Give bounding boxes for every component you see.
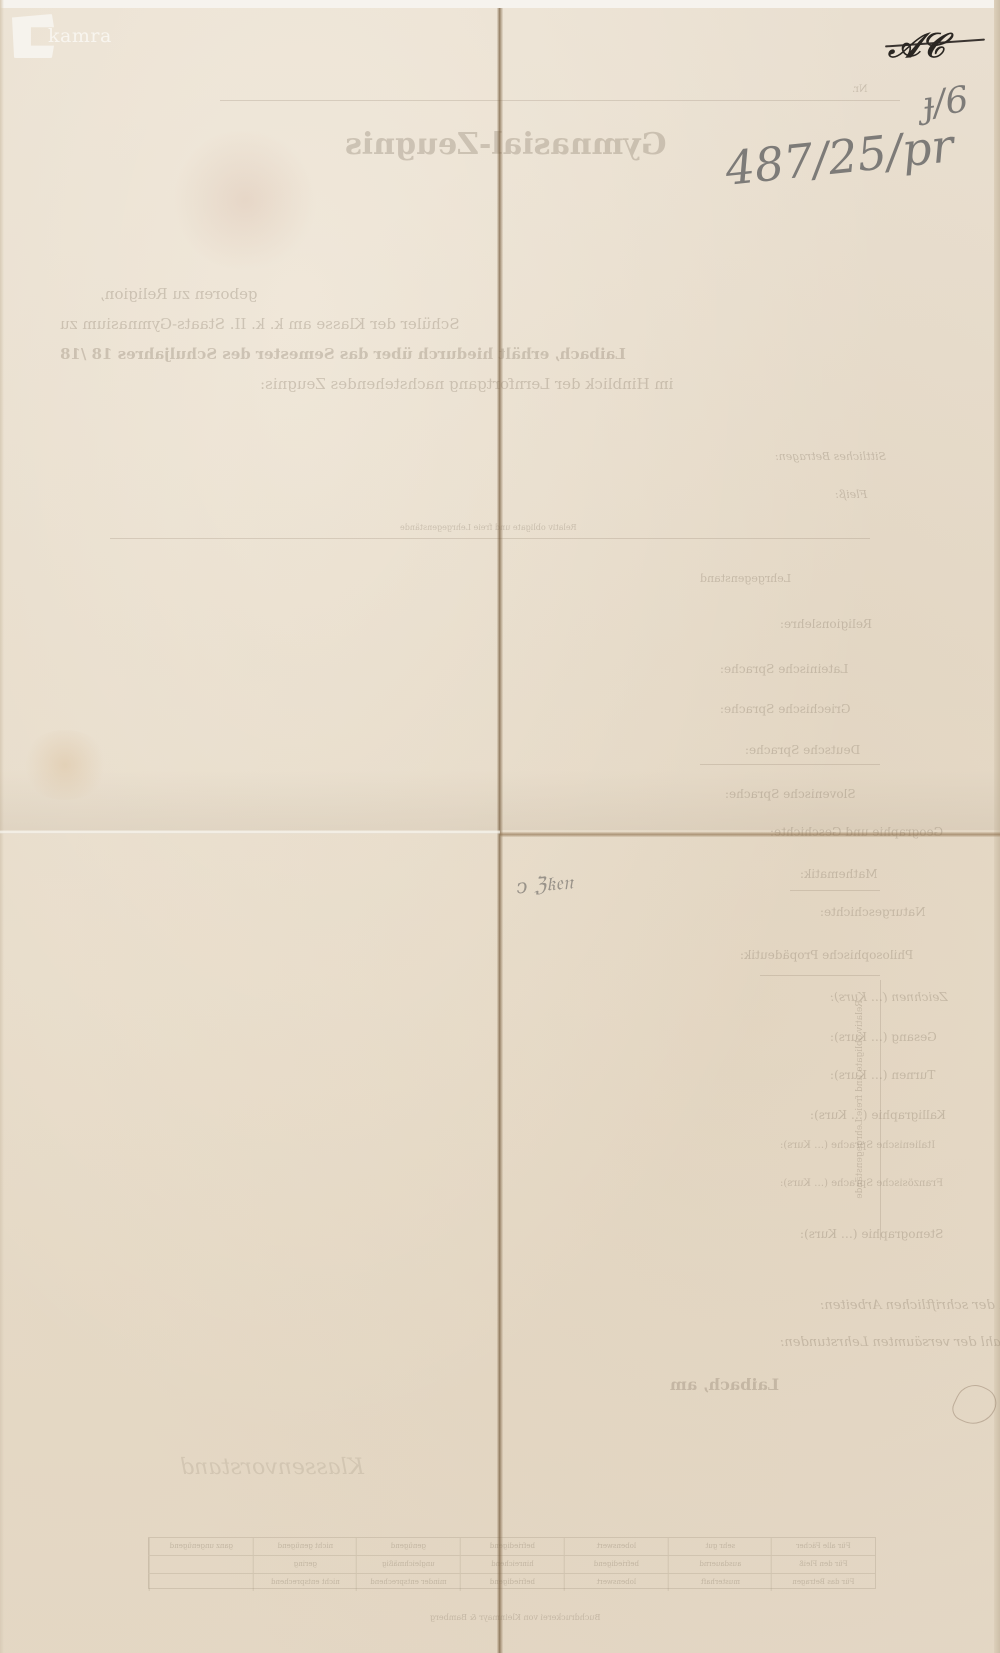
bleed-table-cell: Für das Betragen	[771, 1574, 875, 1591]
bleed-optional-subject: Kalligraphie (… Kurs):	[810, 1108, 946, 1122]
bleed-subject: Mathematik:	[800, 867, 878, 881]
pencil-archive-number: 487/25/pr	[723, 118, 956, 196]
bleed-subject: Philosophische Propädeutik:	[740, 948, 913, 962]
bleed-signature: Klassenvorstand	[180, 1455, 364, 1480]
bleed-table-cell: befriedigend	[460, 1538, 564, 1555]
horizontal-fold-right	[500, 832, 1000, 837]
bleed-table-cell: ganz ungenügend	[149, 1538, 253, 1555]
bleed-table-cell	[149, 1574, 253, 1591]
kamra-watermark: kamra	[12, 14, 112, 58]
water-stain	[20, 730, 110, 800]
bleed-rule	[110, 538, 870, 539]
bleed-table-cell: minder entsprechend	[356, 1574, 460, 1591]
watermark-text: kamra	[48, 25, 112, 47]
bleed-optional-subject: Gesang (… Kurs):	[830, 1030, 937, 1044]
bleed-subject: Deutsche Sprache:	[745, 743, 860, 757]
bleed-optional-subject: Turnen (… Kurs):	[830, 1068, 935, 1082]
bleed-printer-line: Buchdruckerei von Kleinmayr & Bamberg	[430, 1613, 600, 1622]
bleed-table-row: ganz ungenügend nicht genügend genügend …	[149, 1538, 875, 1556]
bleed-rule	[700, 764, 880, 765]
bleed-subject: Religionslehre:	[780, 617, 872, 631]
bleed-table-cell: gering	[253, 1556, 357, 1573]
bleed-table-cell: musterhaft	[668, 1574, 772, 1591]
bleed-rule	[760, 975, 880, 976]
bleed-footer-line: Zahl der versäumten Lehrstunden:	[780, 1335, 1000, 1350]
paper-top-edge	[0, 0, 1000, 8]
bleed-optional-subject: Stenographie (… Kurs):	[800, 1227, 943, 1241]
bleed-header-line: Schüler der Klasse am k. k. II. Staats-G…	[60, 315, 460, 333]
bleed-table-cell: befriedigend	[564, 1556, 668, 1573]
bleed-bracket-line	[880, 980, 881, 1240]
bleed-subject: Lateinische Sprache:	[720, 662, 848, 676]
bleed-subject: Lehrgegenstand	[700, 572, 791, 585]
document-scan: kamra Gymnasial-Zeugnis Nr. geboren zu R…	[0, 0, 1000, 1653]
bleed-table-row: nicht entsprechend minder entsprechend b…	[149, 1574, 875, 1591]
bleed-top-right-label: Nr.	[852, 84, 868, 95]
bleed-title: Gymnasial-Zeugnis	[345, 127, 667, 162]
bleed-table-cell: hinreichend	[460, 1556, 564, 1573]
pencil-scribble: ↄ ℨ𝔨𝔢𝔫	[515, 870, 574, 899]
bleed-table-cell: Für den Fleiß	[771, 1556, 875, 1573]
horizontal-fold-left	[0, 830, 500, 834]
bleed-table-cell: ausdauernd	[668, 1556, 772, 1573]
bleed-table-row: gering ungleichmäßig hinreichend befried…	[149, 1556, 875, 1574]
bleed-header-line: geboren zu Religion,	[100, 285, 258, 303]
bleed-note-line: Relativ obligate und freie Lehrgegenstän…	[400, 523, 577, 532]
bleed-table-cell: sehr gut	[668, 1538, 772, 1555]
bleed-rule	[790, 890, 880, 891]
bleed-subject: Griechische Sprache:	[720, 702, 850, 716]
red-stamp-stain	[170, 130, 320, 270]
bleed-rule	[220, 100, 900, 101]
bleed-header-line: Sittliches Betragen:	[775, 450, 886, 463]
bleed-footer-line: Äußere Form der schriftlichen Arbeiten:	[820, 1298, 1000, 1313]
bleed-grading-table: ganz ungenügend nicht genügend genügend …	[148, 1537, 876, 1589]
bleed-optional-subject: Zeichnen (… Kurs):	[830, 990, 948, 1004]
bleed-table-cell: ungleichmäßig	[356, 1556, 460, 1573]
bleed-table-cell: Für alle Fächer	[771, 1538, 875, 1555]
bleed-table-cell: nicht entsprechend	[253, 1574, 357, 1591]
bleed-table-cell: lobenswert	[564, 1574, 668, 1591]
bleed-table-cell: genügend	[356, 1538, 460, 1555]
bleed-table-cell: lobenswert	[564, 1538, 668, 1555]
bleed-header-line: Fleiß:	[835, 488, 867, 501]
bleed-table-cell: nicht genügend	[253, 1538, 357, 1555]
bleed-table-cell	[149, 1556, 253, 1573]
bleed-footer-line: Laibach, am	[670, 1375, 779, 1394]
bleed-subject: Naturgeschichte:	[820, 905, 926, 919]
bleed-header-line: Laibach, erhält hiedurch über das Semest…	[60, 345, 626, 363]
bleed-subject: Slovenische Sprache:	[725, 787, 856, 801]
bleed-header-line: im Hinblick der Lernfortgang nachstehend…	[260, 375, 673, 393]
bleed-vertical-label: Relativ obligate und freie Lehrgegenstän…	[855, 1000, 865, 1199]
corner-smudge	[948, 1378, 1000, 1431]
bleed-table-cell: befriedigend	[460, 1574, 564, 1591]
ink-initials: 𝒜𝒞	[888, 26, 945, 66]
